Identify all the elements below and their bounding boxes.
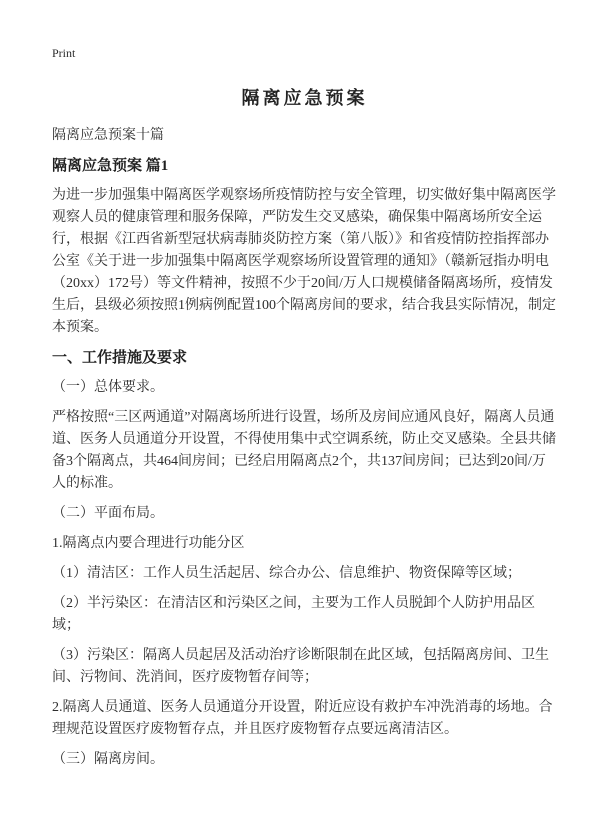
article-body: 隔离应急预案 篇1 为进一步加强集中隔离医学观察场所疫情防控与安全管理，切实做好… <box>52 155 557 771</box>
paragraph: 为进一步加强集中隔离医学观察场所疫情防控与安全管理，切实做好集中隔离医学观察人员… <box>52 185 557 339</box>
doc-subtitle: 隔离应急预案十篇 <box>52 125 557 147</box>
page-title: 隔离应急预案 <box>52 86 557 111</box>
section-heading: 一、工作措施及要求 <box>52 347 557 369</box>
paragraph: （三）隔离房间。 <box>52 749 557 771</box>
paragraph: （2）半污染区：在清洁区和污染区之间，主要为工作人员脱卸个人防护用品区域； <box>52 593 557 637</box>
section-heading: 隔离应急预案 篇1 <box>52 155 557 177</box>
document-page: Print 隔离应急预案 隔离应急预案十篇 隔离应急预案 篇1 为进一步加强集中… <box>0 0 600 839</box>
paragraph: 2.隔离人员通道、医务人员通道分开设置，附近应设有救护车冲洗消毒的场地。合理规范… <box>52 697 557 741</box>
paragraph: 严格按照“三区两通道”对隔离场所进行设置，场所及房间应通风良好，隔离人员通道、医… <box>52 407 557 495</box>
paragraph: 1.隔离点内要合理进行功能分区 <box>52 533 557 555</box>
print-button[interactable]: Print <box>52 45 75 61</box>
paragraph: （二）平面布局。 <box>52 503 557 525</box>
paragraph: （3）污染区：隔离人员起居及活动治疗诊断限制在此区域，包括隔离房间、卫生间、污物… <box>52 645 557 689</box>
paragraph: （1）清洁区：工作人员生活起居、综合办公、信息维护、物资保障等区域； <box>52 563 557 585</box>
paragraph: （一）总体要求。 <box>52 377 557 399</box>
